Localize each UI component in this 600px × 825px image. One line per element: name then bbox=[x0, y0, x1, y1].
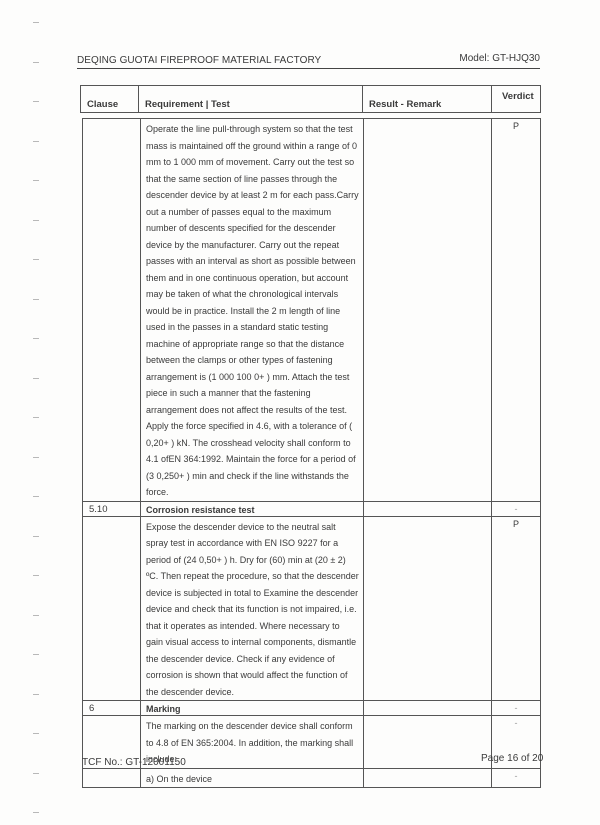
requirement-cell: Operate the line pull-through system so … bbox=[141, 119, 364, 502]
result-cell bbox=[364, 119, 492, 502]
model-number: Model: GT-HJQ30 bbox=[459, 54, 540, 64]
column-clause: Clause bbox=[81, 86, 139, 113]
clause-cell: 6 bbox=[83, 701, 141, 716]
verdict-cell: P bbox=[492, 516, 541, 701]
table-row: a) On the device- bbox=[83, 768, 541, 788]
column-header-table: Clause Requirement | Test Result - Remar… bbox=[80, 85, 541, 113]
binder-hole-mark bbox=[33, 338, 39, 339]
binder-hole-mark bbox=[33, 180, 39, 181]
binder-hole-mark bbox=[33, 773, 39, 774]
clause-cell bbox=[83, 119, 141, 502]
column-result: Result - Remark bbox=[363, 86, 492, 113]
tcf-number: TCF No.: GT-12001150 bbox=[82, 757, 186, 768]
binder-hole-mark bbox=[33, 615, 39, 616]
verdict-cell: P bbox=[492, 119, 541, 502]
requirement-cell: Marking bbox=[141, 701, 364, 716]
binder-hole-mark bbox=[33, 457, 39, 458]
clause-cell bbox=[83, 768, 141, 788]
column-verdict: Verdict bbox=[492, 86, 541, 113]
table-row: 6Marking- bbox=[83, 701, 541, 716]
binder-hole-mark bbox=[33, 62, 39, 63]
binder-hole-mark bbox=[33, 299, 39, 300]
clause-cell bbox=[83, 516, 141, 701]
page-number: Page 16 of 20 bbox=[481, 753, 543, 764]
binder-hole-mark bbox=[33, 259, 39, 260]
verdict-cell: - bbox=[492, 701, 541, 716]
result-cell bbox=[364, 701, 492, 716]
table-row: Operate the line pull-through system so … bbox=[83, 119, 541, 502]
binder-hole-mark bbox=[33, 378, 39, 379]
verdict-cell: - bbox=[492, 768, 541, 788]
column-requirement: Requirement | Test bbox=[139, 86, 363, 113]
binder-hole-mark bbox=[33, 812, 39, 813]
clause-cell: 5.10 bbox=[83, 501, 141, 516]
binder-hole-mark bbox=[33, 496, 39, 497]
binder-hole-mark bbox=[33, 536, 39, 537]
table-row: 5.10Corrosion resistance test- bbox=[83, 501, 541, 516]
binder-hole-mark bbox=[33, 141, 39, 142]
binder-hole-mark bbox=[33, 654, 39, 655]
requirement-cell: Expose the descender device to the neutr… bbox=[141, 516, 364, 701]
clause-table: Operate the line pull-through system so … bbox=[82, 118, 541, 788]
binder-hole-mark bbox=[33, 22, 39, 23]
binder-hole-mark bbox=[33, 417, 39, 418]
company-name: DEQING GUOTAI FIREPROOF MATERIAL FACTORY bbox=[77, 56, 321, 66]
binder-hole-mark bbox=[33, 694, 39, 695]
requirement-cell: Corrosion resistance test bbox=[141, 501, 364, 516]
result-cell bbox=[364, 516, 492, 701]
binder-hole-mark bbox=[33, 733, 39, 734]
binder-hole-mark bbox=[33, 101, 39, 102]
binder-hole-mark bbox=[33, 575, 39, 576]
page-header: DEQING GUOTAI FIREPROOF MATERIAL FACTORY… bbox=[77, 56, 540, 69]
result-cell bbox=[364, 501, 492, 516]
table-row: Expose the descender device to the neutr… bbox=[83, 516, 541, 701]
verdict-cell: - bbox=[492, 501, 541, 516]
binder-hole-mark bbox=[33, 220, 39, 221]
result-cell bbox=[364, 716, 492, 769]
requirement-cell: a) On the device bbox=[141, 768, 364, 788]
result-cell bbox=[364, 768, 492, 788]
